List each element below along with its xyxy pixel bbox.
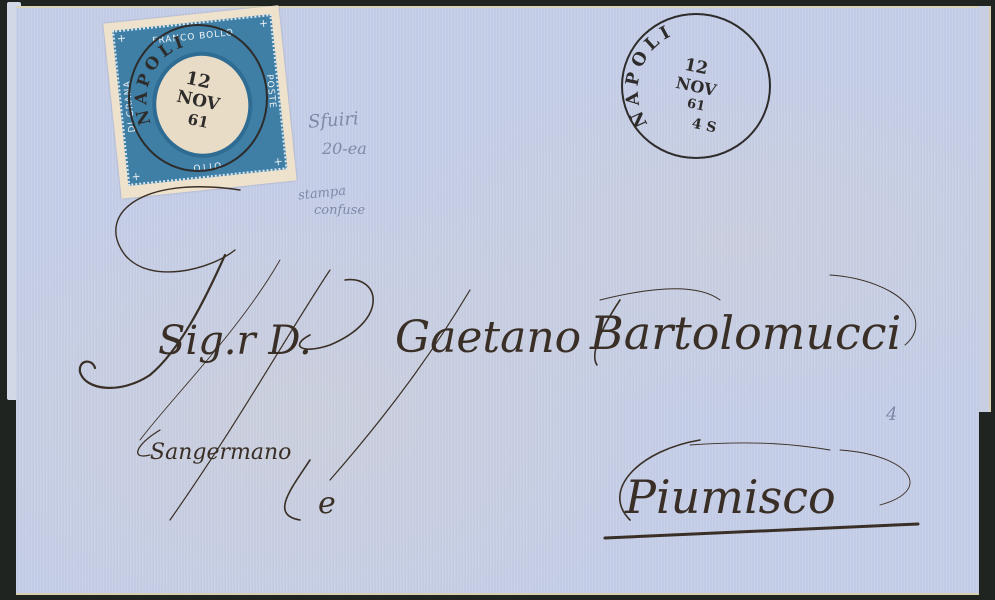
pencil-note: 4 [886, 404, 897, 425]
address-first-name: Gaetano [395, 312, 581, 363]
address-via-suffix: e [318, 486, 336, 521]
pencil-note: Sfuiri [307, 108, 359, 132]
address-via: Sangermano [150, 440, 291, 465]
postmark-main: NAPOLI 12 NOV 61 4 S [621, 13, 771, 159]
address-surname: Bartolomucci [590, 306, 901, 360]
address-town: Piumisco [625, 470, 836, 524]
pencil-note: 20-ea [322, 139, 367, 158]
address-salutation: Sig.r D. [158, 318, 312, 364]
pencil-note: confuse [314, 203, 365, 218]
postmark-on-stamp: NAPOLI 12 NOV 61 [128, 24, 268, 172]
